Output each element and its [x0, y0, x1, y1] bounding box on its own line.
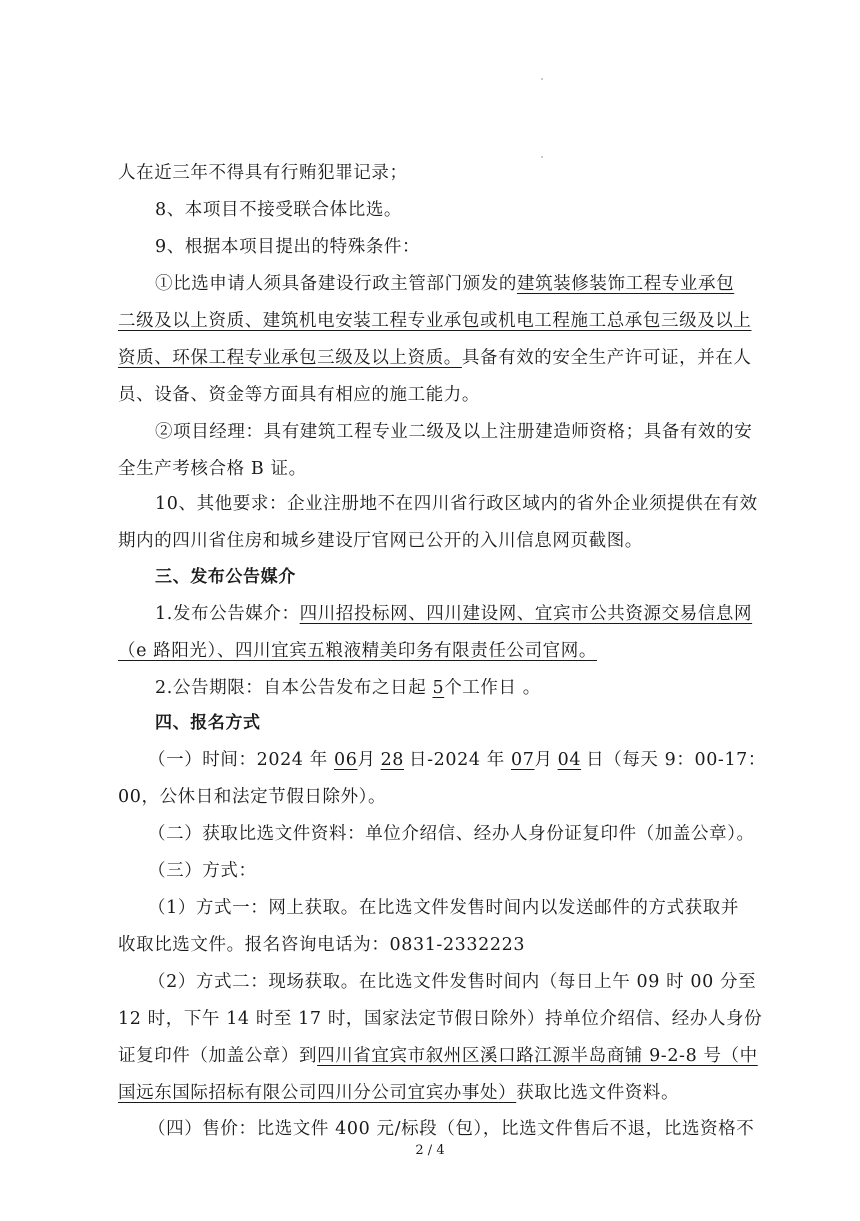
text-line: 12 时，下午 14 时至 17 时，国家法定节假日除外）持单位介绍信、经办人身…: [118, 1008, 734, 1030]
materials: （二）获取比选文件资料：单位介绍信、经办人身份证复印件（加盖公章）。: [148, 823, 764, 845]
media-list: 1.发布公告媒介：四川招投标网、四川建设网、宜宾市公共资源交易信息网: [155, 603, 734, 625]
text: 个工作日 。: [444, 678, 541, 698]
text: 2.公告期限：自本公告发布之日起: [155, 678, 426, 698]
underlined-text: 04: [553, 750, 586, 770]
notice-period: 2.公告期限：自本公告发布之日起 5个工作日 。: [155, 677, 734, 699]
text: 日-2024 年: [409, 750, 505, 770]
registration-time: （一）时间：2024 年 06月28日-2024 年 07月04日（每天 9：0…: [148, 749, 764, 771]
document-page: 人在近三年不得具有行贿犯罪记录； 8、本项目不接受联合体比选。 9、根据本项目提…: [0, 0, 860, 1221]
underlined-text: 国远东国际招标有限公司四川分公司宜宾办事处）: [118, 1083, 516, 1103]
underlined-text: 5: [432, 678, 444, 698]
section-heading-4: 四、报名方式: [155, 712, 734, 734]
text: 获取比选文件资料。: [516, 1083, 679, 1103]
item-10: 10、其他要求：企业注册地不在四川省行政区域内的省外企业须提供在有效: [155, 493, 734, 515]
underlined-text: 06: [334, 750, 357, 770]
text: 月: [534, 750, 552, 770]
price: （四）售价：比选文件 400 元/标段（包），比选文件售后不退，比选资格不: [148, 1118, 764, 1140]
underlined-text: 资质、环保工程专业承包三级及以上资质。: [118, 348, 462, 368]
item-9: 9、根据本项目提出的特殊条件：: [155, 236, 734, 258]
text: 具备有效的安全生产许可证，并在人: [462, 348, 752, 368]
underlined-address: 四川省宜宾市叙州区溪口路江源半岛商铺 9-2-8 号（中: [317, 1046, 758, 1066]
underlined-text: 建筑装修装饰工程专业承包: [517, 274, 734, 294]
underlined-text: 四川招投标网、四川建设网、宜宾市公共资源交易信息网: [300, 604, 753, 624]
page-number: 2 / 4: [0, 1143, 860, 1158]
text: ①比选申请人须具备建设行政主管部门颁发的: [155, 274, 517, 294]
text-line: 国远东国际招标有限公司四川分公司宜宾办事处）获取比选文件资料。: [118, 1082, 734, 1104]
text: 证复印件（加盖公章）到: [118, 1046, 317, 1066]
scan-speck: [541, 78, 543, 80]
address-line: 证复印件（加盖公章）到四川省宜宾市叙州区溪口路江源半岛商铺 9-2-8 号（中: [118, 1045, 734, 1067]
method-1: （1）方式一：网上获取。在比选文件发售时间内以发送邮件的方式获取并: [148, 897, 764, 919]
text: 月: [357, 750, 375, 770]
condition-1: ①比选申请人须具备建设行政主管部门颁发的建筑装修装饰工程专业承包: [155, 273, 734, 295]
text-line: 收取比选文件。报名咨询电话为：0831-2332223: [118, 934, 734, 956]
text: 1.发布公告媒介：: [155, 604, 300, 624]
text-line: 人在近三年不得具有行贿犯罪记录；: [118, 162, 734, 184]
text-line: 00，公休日和法定节假日除外）。: [118, 786, 734, 808]
text-line: 员、设备、资金等方面具有相应的施工能力。: [118, 384, 734, 406]
text-line: 期内的四川省住房和城乡建设厅官网已公开的入川信息网页截图。: [118, 530, 734, 552]
text: 日（每天 9：00-17：: [586, 750, 766, 770]
underlined-text: 07: [511, 750, 534, 770]
text-line: 全生产考核合格 B 证。: [118, 458, 734, 480]
section-heading-3: 三、发布公告媒介: [155, 566, 734, 588]
scan-speck: [541, 156, 543, 158]
text-line: 资质、环保工程专业承包三级及以上资质。具备有效的安全生产许可证，并在人: [118, 347, 734, 369]
item-8: 8、本项目不接受联合体比选。: [155, 199, 734, 221]
underlined-text: 28: [376, 750, 409, 770]
method-2: （2）方式二：现场获取。在比选文件发售时间内（每日上午 09 时 00 分至: [148, 971, 764, 993]
methods-heading: （三）方式：: [148, 860, 764, 882]
underlined-line: （e 路阳光）、四川宜宾五粮液精美印务有限责任公司官网。: [118, 640, 734, 662]
text: （一）时间：2024 年: [148, 750, 328, 770]
condition-2: ②项目经理：具有建筑工程专业二级及以上注册建造师资格；具备有效的安: [155, 421, 734, 443]
underlined-line: 二级及以上资质、建筑机电安装工程专业承包或机电工程施工总承包三级及以上: [118, 310, 734, 332]
